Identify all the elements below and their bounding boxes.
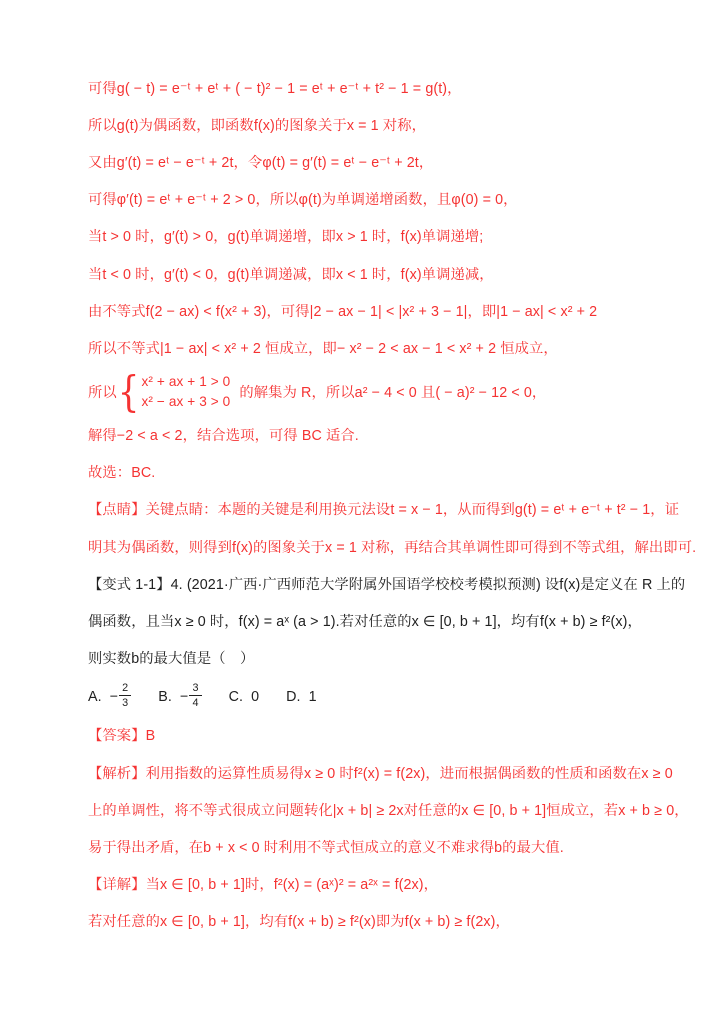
inequality-system-line: 所以{x² + ax + 1 > 0x² − ax + 3 > 0 的解集为 R… [88, 367, 692, 417]
key-insight-line: 明其为偶函数，则得到f(x)的图象关于x = 1 对称，再结合其单调性即可得到不… [88, 528, 692, 565]
option-value: 0 [251, 689, 259, 705]
solution-line: 当t > 0 时，g′(t) > 0，g(t)单调递增，即x > 1 时，f(x… [88, 218, 692, 255]
fraction-denominator: 3 [119, 695, 131, 709]
detailed-solution-line: 【详解】当x ∈ [0, b + 1]时，f²(x) = (aˣ)² = a²ˣ… [88, 866, 692, 903]
variant-problem-line: 则实数b的最大值是（ ） [88, 640, 692, 677]
option-label: C. [229, 689, 244, 705]
answer-options-row: A.−23B.−34C.0D.1 [88, 677, 692, 717]
minus-sign: − [180, 689, 188, 705]
system-suffix: 的解集为 R，所以a² − 4 < 0 且( − a)² − 12 < 0， [235, 382, 546, 402]
system-prefix: 所以 [88, 382, 117, 402]
system-equations: x² + ax + 1 > 0x² − ax + 3 > 0 [142, 372, 231, 411]
fraction-numerator: 3 [189, 683, 201, 696]
variant-problem-line: 偶函数，且当x ≥ 0 时，f(x) = aˣ (a > 1).若对任意的x ∈… [88, 602, 692, 639]
option-B: B.−34 [158, 685, 201, 710]
option-label: B. [158, 689, 172, 705]
solution-line: 所以g(t)为偶函数，即函数f(x)的图象关于x = 1 对称， [88, 106, 692, 143]
option-C: C.0 [229, 689, 260, 705]
solution-line: 解得−2 < a < 2，结合选项，可得 BC 适合. [88, 417, 692, 454]
fraction: 23 [119, 683, 131, 710]
analysis-line: 上的单调性，将不等式很成立问题转化|x + b| ≥ 2x对任意的x ∈ [0,… [88, 791, 692, 828]
minus-sign: − [110, 689, 118, 705]
option-label: A. [88, 689, 102, 705]
option-A: A.−23 [88, 685, 131, 710]
document-page: 可得g( − t) = e⁻ᵗ + eᵗ + ( − t)² − 1 = eᵗ … [0, 0, 724, 1024]
document-body: 可得g( − t) = e⁻ᵗ + eᵗ + ( − t)² − 1 = eᵗ … [88, 69, 692, 940]
system-equation-bottom: x² − ax + 3 > 0 [142, 392, 231, 412]
analysis-line: 【解析】利用指数的运算性质易得x ≥ 0 时f²(x) = f(2x)，进而根据… [88, 754, 692, 791]
option-D: D.1 [286, 689, 317, 705]
left-brace-icon: { [118, 370, 140, 413]
detailed-solution-line: 若对任意的x ∈ [0, b + 1]，均有f(x + b) ≥ f²(x)即为… [88, 903, 692, 940]
option-value: 1 [309, 689, 317, 705]
fraction-numerator: 2 [119, 683, 131, 696]
answer-line: 【答案】B [88, 717, 692, 754]
fraction: 34 [189, 683, 201, 710]
solution-line: 由不等式f(2 − ax) < f(x² + 3)，可得|2 − ax − 1|… [88, 292, 692, 329]
solution-line: 又由g′(t) = eᵗ − e⁻ᵗ + 2t，令φ(t) = g′(t) = … [88, 143, 692, 180]
solution-line: 当t < 0 时，g′(t) < 0，g(t)单调递减，即x < 1 时，f(x… [88, 255, 692, 292]
answer-choice-line: 故选：BC. [88, 454, 692, 491]
fraction-denominator: 4 [189, 695, 201, 709]
analysis-line: 易于得出矛盾，在b + x < 0 时利用不等式恒成立的意义不难求得b的最大值. [88, 828, 692, 865]
variant-problem-line: 【变式 1-1】4. (2021·广西·广西师范大学附属外国语学校校考模拟预测)… [88, 565, 692, 602]
solution-line: 可得φ′(t) = eᵗ + e⁻ᵗ + 2 > 0，所以φ(t)为单调递增函数… [88, 181, 692, 218]
system-equation-top: x² + ax + 1 > 0 [142, 372, 231, 392]
option-label: D. [286, 689, 301, 705]
key-insight-line: 【点睛】关键点睛：本题的关键是利用换元法设t = x − 1，从而得到g(t) … [88, 491, 692, 528]
solution-line: 所以不等式|1 − ax| < x² + 2 恒成立，即− x² − 2 < a… [88, 329, 692, 366]
solution-line: 可得g( − t) = e⁻ᵗ + eᵗ + ( − t)² − 1 = eᵗ … [88, 69, 692, 106]
